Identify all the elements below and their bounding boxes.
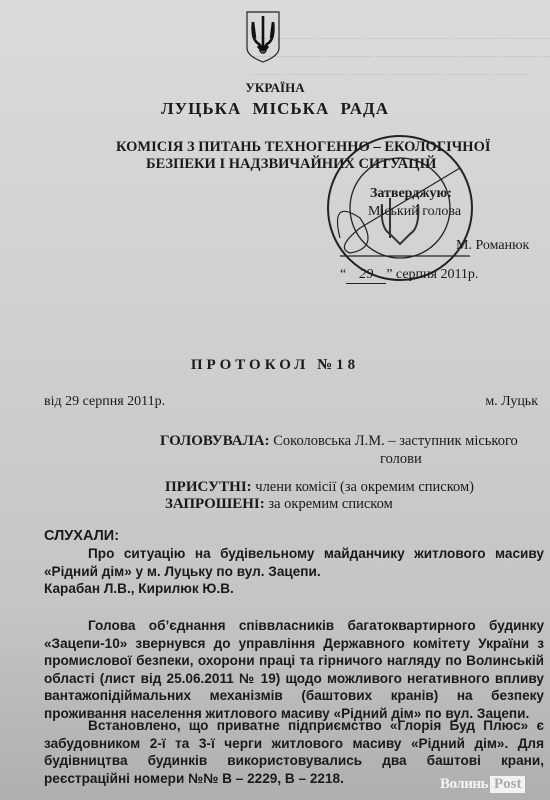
protocol-city: м. Луцьк xyxy=(485,394,538,410)
approval-label: Затверджую: xyxy=(370,186,452,202)
watermark-logo: ВолиньPost xyxy=(440,776,525,793)
present-label: ПРИСУТНІ: xyxy=(165,479,252,495)
approval-month-year: ” серпня 2011р. xyxy=(386,267,478,282)
chair-value: Соколовська Л.М. – заступник міського xyxy=(273,433,518,449)
invited-label: ЗАПРОШЕНІ: xyxy=(165,496,265,512)
protocol-date: від 29 серпня 2011р. xyxy=(44,394,165,410)
heard-label: СЛУХАЛИ: xyxy=(44,528,119,544)
document-page: —— ———— ———— ——————— ———— ——— —— ———— ——… xyxy=(0,0,550,800)
watermark-part2: Post xyxy=(490,776,526,793)
heard-topic: Про ситуацію на будівельному майданчику … xyxy=(44,545,544,580)
watermark-part1: Волинь xyxy=(440,776,488,793)
chair-row: ГОЛОВУВАЛА: Соколовська Л.М. – заступник… xyxy=(160,433,518,450)
present-row: ПРИСУТНІ: члени комісії (за окремим спис… xyxy=(165,479,474,496)
chair-value-cont: голови xyxy=(380,451,422,468)
mayor-name: М. Романюк xyxy=(456,238,529,254)
council-heading: ЛУЦЬКА МІСЬКА РАДА xyxy=(0,99,550,119)
approval-date: “29” серпня 2011р. xyxy=(340,267,478,284)
heard-speakers: Карабан Л.В., Кирилюк Ю.В. xyxy=(44,580,544,598)
invited-value: за окремим списком xyxy=(265,496,393,512)
invited-row: ЗАПРОШЕНІ: за окремим списком xyxy=(165,496,393,513)
present-value: члени комісії (за окремим списком) xyxy=(252,479,474,495)
approval-day: 29 xyxy=(346,267,386,284)
trident-emblem-icon xyxy=(245,10,281,64)
mayor-title: Міський голова xyxy=(368,204,461,220)
bleed-through-text: ———— ——— ——— ——————— ———— —————— xyxy=(250,48,550,63)
bleed-through-text: —— ———— ———— ——————— ———— ——— —— xyxy=(250,30,550,45)
chair-label: ГОЛОВУВАЛА: xyxy=(160,433,270,449)
body-paragraph-1: Голова об’єднання співвласників багатокв… xyxy=(44,617,544,722)
bleed-through-text: ——— ———— ———— ——— ————— ——— xyxy=(250,66,529,81)
country-heading: УКРАЇНА xyxy=(0,80,550,96)
protocol-title: ПРОТОКОЛ №18 xyxy=(0,357,550,374)
